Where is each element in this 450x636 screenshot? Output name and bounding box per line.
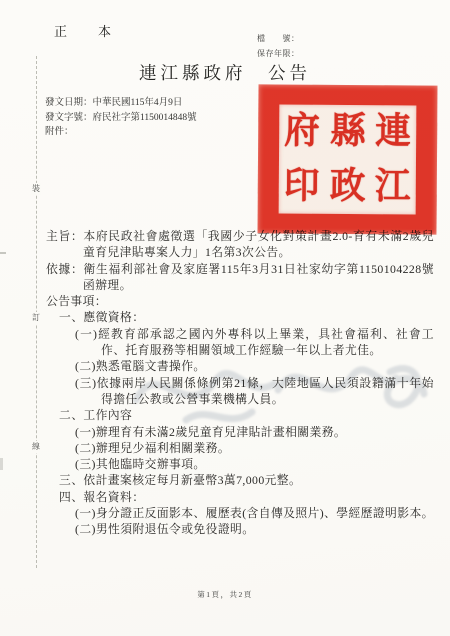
item-number: (三) xyxy=(75,457,96,471)
section-number: 二、 xyxy=(59,408,83,422)
section-title: 應徵資格： xyxy=(83,310,144,324)
section-number: 一、 xyxy=(59,310,83,324)
issue-date-line: 發文日期：中華民國115年4月9日 xyxy=(45,96,197,111)
item-text: 男性須附退伍令或免役證明。 xyxy=(96,522,255,536)
section-title: 依計畫案核定每月新臺幣3萬7,000元整。 xyxy=(83,473,301,487)
doc-number-label: 發文字號： xyxy=(45,113,93,123)
section-1-item-3: (三)依據兩岸人民關係條例第21條，大陸地區人民須設籍滿十年始得擔任公教或公營事… xyxy=(46,375,434,408)
official-seal: 府 縣 連 印 政 江 xyxy=(257,84,437,234)
binding-mark-ding: 訂 xyxy=(31,312,41,324)
item-number: (二) xyxy=(75,441,96,455)
item-text: 熟悉電腦文書操作。 xyxy=(96,359,206,373)
document-page: 裝 訂 線 正 本 檔 號： 保存年限： 連江縣政府 公告 發文日期：中華民國1… xyxy=(0,0,450,636)
basis-text: 衛生福利部社會及家庭署115年3月31日社家幼字第1150104228號函辦理。 xyxy=(83,262,434,292)
attachment-label: 附件： xyxy=(45,127,74,137)
section-title: 工作內容 xyxy=(83,408,132,422)
item-text: 辦理兒少福利相關業務。 xyxy=(96,441,230,455)
section-2-item-2: (二)辦理兒少福利相關業務。 xyxy=(46,440,434,456)
seal-char: 江 xyxy=(368,156,418,217)
section-title: 報名資料： xyxy=(83,490,144,504)
issue-date-label: 發文日期： xyxy=(45,98,93,108)
seal-char: 政 xyxy=(322,156,372,217)
item-number: (三) xyxy=(75,376,96,390)
file-number-label: 檔 號： xyxy=(257,31,300,46)
item-text: 依據兩岸人民關係條例第21條，大陸地區人民須設籍滿十年始得擔任公教或公營事業機構… xyxy=(96,376,434,406)
scan-artifact xyxy=(0,458,3,470)
file-meta-block: 檔 號： 保存年限： xyxy=(257,31,300,61)
section-1-item-2: (二)熟悉電腦文書操作。 xyxy=(46,358,434,374)
doc-number-line: 發文字號：府民社字第1150014848號 xyxy=(45,111,197,126)
basis-label: 依據： xyxy=(46,262,83,276)
binding-mark-zhuang: 裝 xyxy=(31,183,41,195)
section-2-item-3: (三)其他臨時交辦事項。 xyxy=(46,456,434,472)
seal-char: 縣 xyxy=(323,102,373,163)
document-body: 主旨：本府民政社會處徵選「我國少子女化對策計畫2.0-育有未滿2歲兒童育兒津貼專… xyxy=(46,228,434,538)
seal-char: 府 xyxy=(277,101,327,162)
section-4-item-1: (一)身分證正反面影本、履歷表(含自傳及照片)、學經歷證明影本。 xyxy=(46,505,434,521)
item-number: (二) xyxy=(75,522,96,536)
attachment-line: 附件： xyxy=(45,125,197,140)
seal-char: 連 xyxy=(368,102,418,163)
section-1: 一、應徵資格： xyxy=(46,309,434,325)
announcement-heading: 公告事項： xyxy=(46,293,434,309)
section-2: 二、工作內容 xyxy=(46,407,434,423)
section-1-item-1: (一)經教育部承認之國內外專科以上畢業，具社會福利、社會工作、托育服務等相關領域… xyxy=(46,326,434,359)
item-text: 其他臨時交辦事項。 xyxy=(96,457,206,471)
copy-type-label: 正 本 xyxy=(54,21,120,40)
official-seal-face: 府 縣 連 印 政 江 xyxy=(279,105,417,215)
item-number: (一) xyxy=(75,506,96,520)
binding-mark-xian: 線 xyxy=(31,441,41,453)
scan-artifact xyxy=(0,252,6,254)
section-number: 三、 xyxy=(59,473,83,487)
section-2-item-1: (一)辦理育有未滿2歲兒童育兒津貼計畫相關業務。 xyxy=(46,424,434,440)
issue-date-value: 中華民國115年4月9日 xyxy=(93,98,183,108)
item-text: 經教育部承認之國內外專科以上畢業，具社會福利、社會工作、托育服務等相關領域工作經… xyxy=(97,327,434,357)
basis-paragraph: 依據：衛生福利部社會及家庭署115年3月31日社家幼字第1150104228號函… xyxy=(46,261,434,294)
item-number: (二) xyxy=(75,359,96,373)
item-text: 辦理育有未滿2歲兒童育兒津貼計畫相關業務。 xyxy=(96,425,346,439)
document-meta-block: 發文日期：中華民國115年4月9日 發文字號：府民社字第1150014848號 … xyxy=(45,96,197,140)
retention-period-label: 保存年限： xyxy=(257,46,300,61)
section-4-item-2: (二)男性須附退伍令或免役證明。 xyxy=(46,521,434,537)
item-number: (一) xyxy=(75,327,97,341)
section-3: 三、依計畫案核定每月新臺幣3萬7,000元整。 xyxy=(46,472,434,488)
document-title: 連江縣政府 公告 xyxy=(0,60,450,85)
page-footer: 第1頁，共2頁 xyxy=(0,589,450,600)
item-text: 身分證正反面影本、履歷表(含自傳及照片)、學經歷證明影本。 xyxy=(96,506,434,520)
seal-char: 印 xyxy=(277,156,327,217)
section-4: 四、報名資料： xyxy=(46,489,434,505)
item-number: (一) xyxy=(75,425,96,439)
subject-label: 主旨： xyxy=(46,229,83,243)
section-number: 四、 xyxy=(59,490,83,504)
doc-number-value: 府民社字第1150014848號 xyxy=(93,113,197,123)
